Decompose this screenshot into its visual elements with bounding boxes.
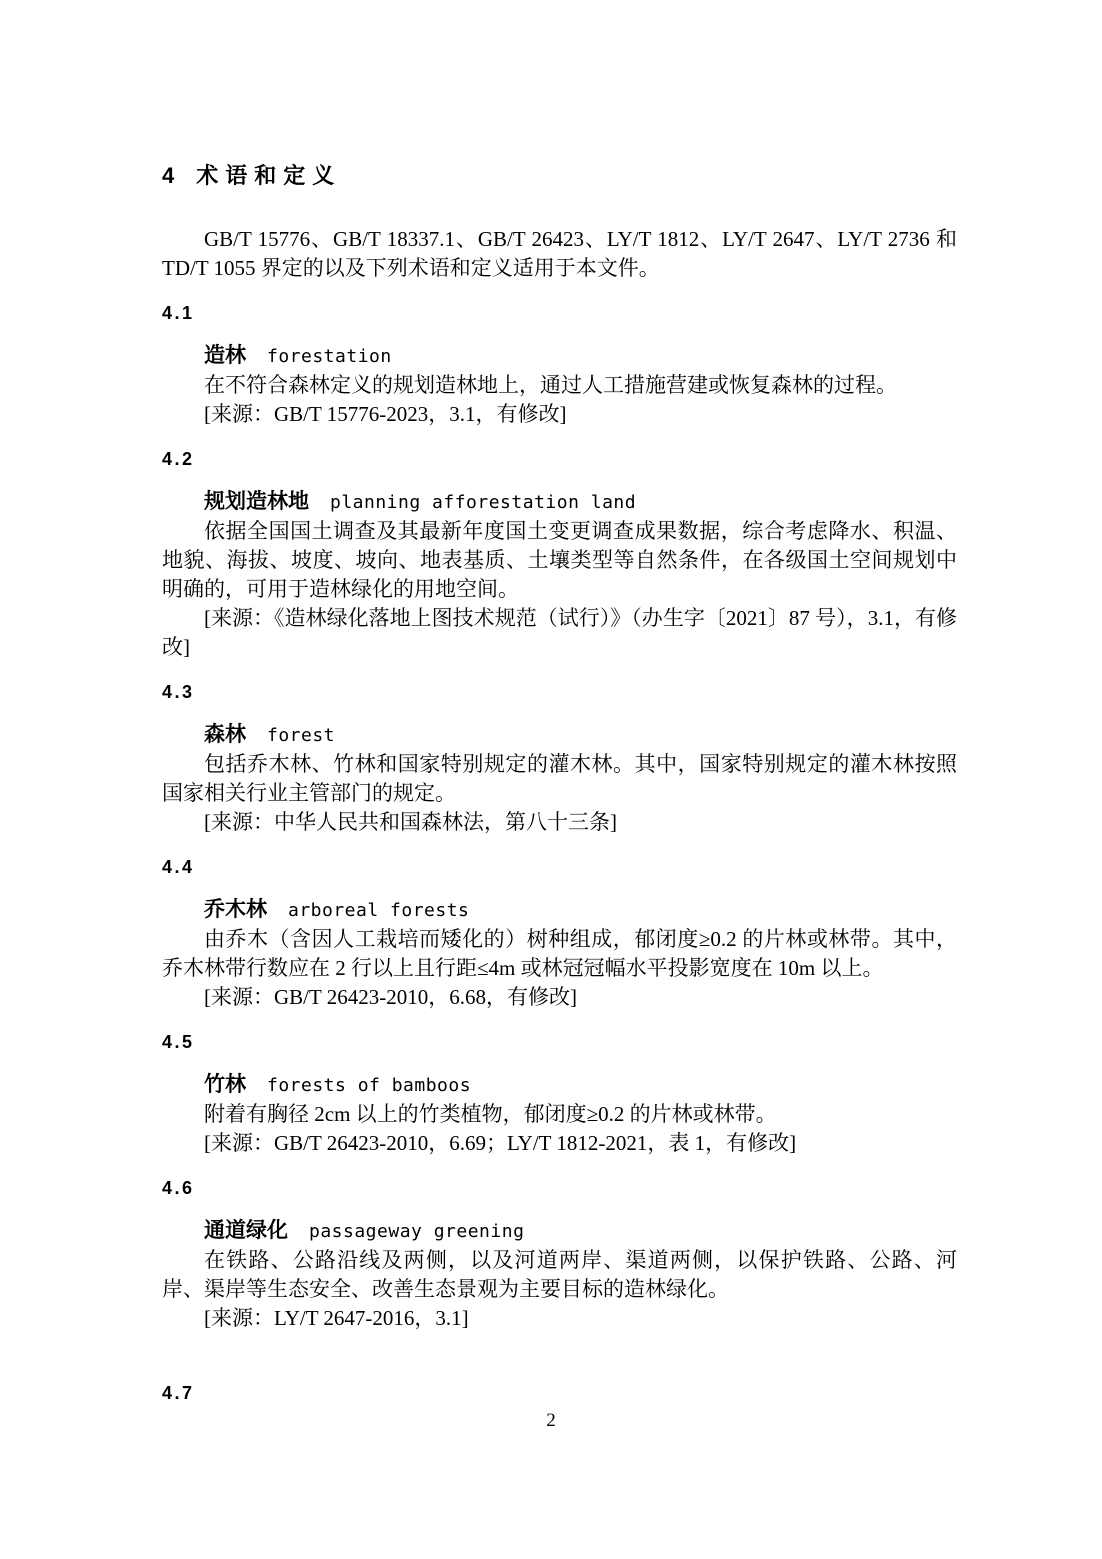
term-definition: 在铁路、公路沿线及两侧，以及河道两岸、渠道两侧，以保护铁路、公路、河岸、渠岸等生… xyxy=(162,1246,957,1304)
term-line: 造林forestation xyxy=(204,341,957,371)
term-entry-4-5: 4.5 竹林forests of bamboos 附着有胸径 2cm 以上的竹类… xyxy=(162,1028,957,1158)
section-heading: 4术语和定义 xyxy=(162,163,957,189)
term-chinese: 森林 xyxy=(204,723,246,746)
term-definition: 在不符合森林定义的规划造林地上，通过人工措施营建或恢复森林的过程。 xyxy=(162,371,957,400)
clause-number: 4.6 xyxy=(162,1174,957,1203)
term-source: [来源：GB/T 26423-2010，6.68，有修改] xyxy=(162,983,957,1012)
intro-paragraph: GB/T 15776、GB/T 18337.1、GB/T 26423、LY/T … xyxy=(162,225,957,283)
term-line: 规划造林地planning afforestation land xyxy=(204,487,957,517)
term-source: [来源：GB/T 26423-2010，6.69；LY/T 1812-2021，… xyxy=(162,1129,957,1158)
term-entry-4-1: 4.1 造林forestation 在不符合森林定义的规划造林地上，通过人工措施… xyxy=(162,299,957,429)
term-definition: 包括乔木林、竹林和国家特别规定的灌木林。其中，国家特别规定的灌木林按照国家相关行… xyxy=(162,750,957,808)
term-entry-4-6: 4.6 通道绿化passageway greening 在铁路、公路沿线及两侧，… xyxy=(162,1174,957,1333)
term-entry-4-3: 4.3 森林forest 包括乔木林、竹林和国家特别规定的灌木林。其中，国家特别… xyxy=(162,678,957,837)
document-page: 4术语和定义 GB/T 15776、GB/T 18337.1、GB/T 2642… xyxy=(0,0,1102,1559)
term-chinese: 乔木林 xyxy=(204,898,267,921)
term-english: forests of bamboos xyxy=(267,1075,471,1096)
clause-number-next: 4.7 xyxy=(162,1379,957,1408)
term-definition: 由乔木（含因人工栽培而矮化的）树种组成，郁闭度≥0.2 的片林或林带。其中，乔木… xyxy=(162,925,957,983)
term-source: [来源：中华人民共和国森林法，第八十三条] xyxy=(162,808,957,837)
term-line: 乔木林arboreal forests xyxy=(204,895,957,925)
section-heading-number: 4 xyxy=(162,163,174,188)
clause-number: 4.3 xyxy=(162,678,957,707)
clause-number: 4.5 xyxy=(162,1028,957,1057)
term-english: forest xyxy=(267,725,335,746)
page-number: 2 xyxy=(0,1406,1102,1435)
term-english: forestation xyxy=(267,346,392,367)
clause-number: 4.2 xyxy=(162,445,957,474)
term-definition: 依据全国国土调查及其最新年度国土变更调查成果数据，综合考虑降水、积温、地貌、海拔… xyxy=(162,517,957,604)
term-english: arboreal forests xyxy=(288,900,469,921)
term-line: 森林forest xyxy=(204,720,957,750)
term-english: passageway greening xyxy=(309,1221,524,1242)
term-chinese: 造林 xyxy=(204,344,246,367)
term-english: planning afforestation land xyxy=(330,492,636,513)
term-chinese: 规划造林地 xyxy=(204,490,309,513)
clause-number: 4.1 xyxy=(162,299,957,328)
term-entry-4-2: 4.2 规划造林地planning afforestation land 依据全… xyxy=(162,445,957,662)
section-heading-title: 术语和定义 xyxy=(196,163,341,188)
term-entry-4-4: 4.4 乔木林arboreal forests 由乔木（含因人工栽培而矮化的）树… xyxy=(162,853,957,1012)
term-line: 通道绿化passageway greening xyxy=(204,1216,957,1246)
term-definition: 附着有胸径 2cm 以上的竹类植物，郁闭度≥0.2 的片林或林带。 xyxy=(162,1100,957,1129)
term-source: [来源：GB/T 15776-2023，3.1，有修改] xyxy=(162,400,957,429)
term-chinese: 通道绿化 xyxy=(204,1219,288,1242)
clause-number: 4.4 xyxy=(162,853,957,882)
term-source: [来源：《造林绿化落地上图技术规范（试行）》（办生字〔2021〕87 号），3.… xyxy=(162,604,957,662)
term-line: 竹林forests of bamboos xyxy=(204,1070,957,1100)
term-source: [来源：LY/T 2647-2016，3.1] xyxy=(162,1304,957,1333)
term-chinese: 竹林 xyxy=(204,1073,246,1096)
